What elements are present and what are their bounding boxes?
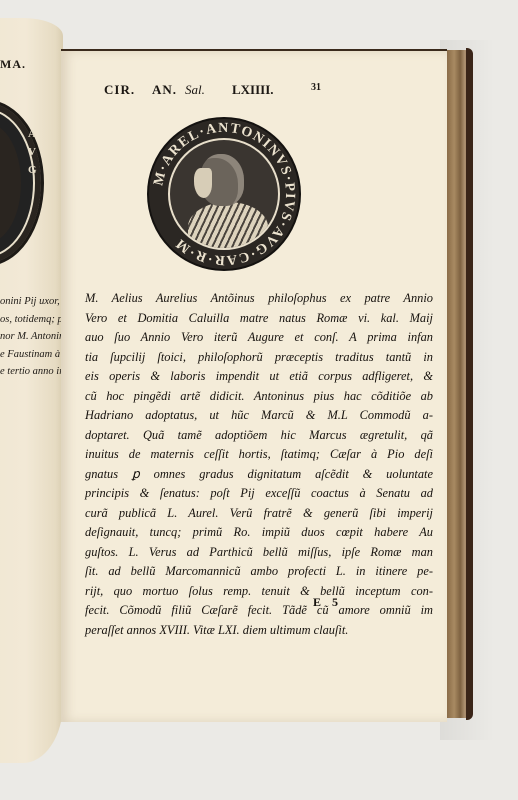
folio-number: 31 [311,82,321,93]
text-line: Vero et Domitia Caluilla matre natus Rom… [85,309,433,329]
text-line: M. Aelius Aurelius Antõinus philoſophus … [85,289,433,309]
text-line: inuitus de maternis ceſſit hortis, ſtati… [85,445,433,465]
binding-cover-edge [466,48,473,720]
left-running-head: MA. [0,57,26,72]
text-line: curã publicã L. Aurel. Verũ fratrẽ & gen… [85,504,433,524]
left-text-line: onini Pij uxor, ex qu [0,293,64,311]
text-line: Hadriano adoptatus, ut hũc Marcũ & M.L C… [85,406,433,426]
bust-drapery [188,202,268,250]
text-line: rijt, quo mortuo ſolus remp. tenuit & be… [85,582,433,602]
text-line: doptaret. Quã tamẽ adoptiõem hic Marcus … [85,426,433,446]
text-line: tia ſupcilij ſtoici, philoſophorũ præcep… [85,348,433,368]
left-text-line: e Faustinam à Sena [0,346,64,364]
left-page-text: onini Pij uxor, ex qu os, totidemq; puel… [0,293,64,381]
medal-field [168,138,280,250]
text-line: deſignauit, tuncq; primũ Ro. impiũ duos … [85,523,433,543]
left-text-line: e tertio anno imperij [0,363,64,381]
text-line: cũ hoc pingẽdi artẽ didicit. Antoninus p… [85,387,433,407]
running-head-sal: Sal. [185,82,205,98]
medal-portrait-illustration: M·AREL·ANTONINVS·PIVS·AVG·CAR·R·M [147,117,301,271]
left-text-line: os, totidemq; puellas [0,311,64,329]
signature-mark: E 5 [313,595,342,610]
left-medal-legend: AVG [28,125,40,179]
text-line: fecit. Cõmodũ filiũ Cæſarẽ fecit. Tãdẽ c… [85,601,433,621]
body-text: M. Aelius Aurelius Antõinus philoſophus … [85,289,433,640]
text-line: eis operis & laboris impendit ut etiã co… [85,367,433,387]
text-line: peraſſet annos XVIII. Vitæ LXI. diem ult… [85,621,433,641]
running-head-year: LXIIII. [232,82,274,98]
text-line: gnatus ꝑ omnes gradus dignitatum aſcẽdit… [85,465,433,485]
text-line: ſit. ad bellũ Marcomannicũ ambo profecti… [85,562,433,582]
text-line: principis & ſenatus: poſt Pij exceſſũ co… [85,484,433,504]
bust-face [194,168,212,198]
left-text-line: nor M. Antonini ph [0,328,64,346]
running-head-an: AN. [152,82,177,98]
running-head-cir: CIR. [104,82,135,98]
text-line: auo ſuo Annio Vero iterũ Augure et conſ.… [85,328,433,348]
text-line: guſtos. L. Verus ad Parthicũ bellũ miſſu… [85,543,433,563]
